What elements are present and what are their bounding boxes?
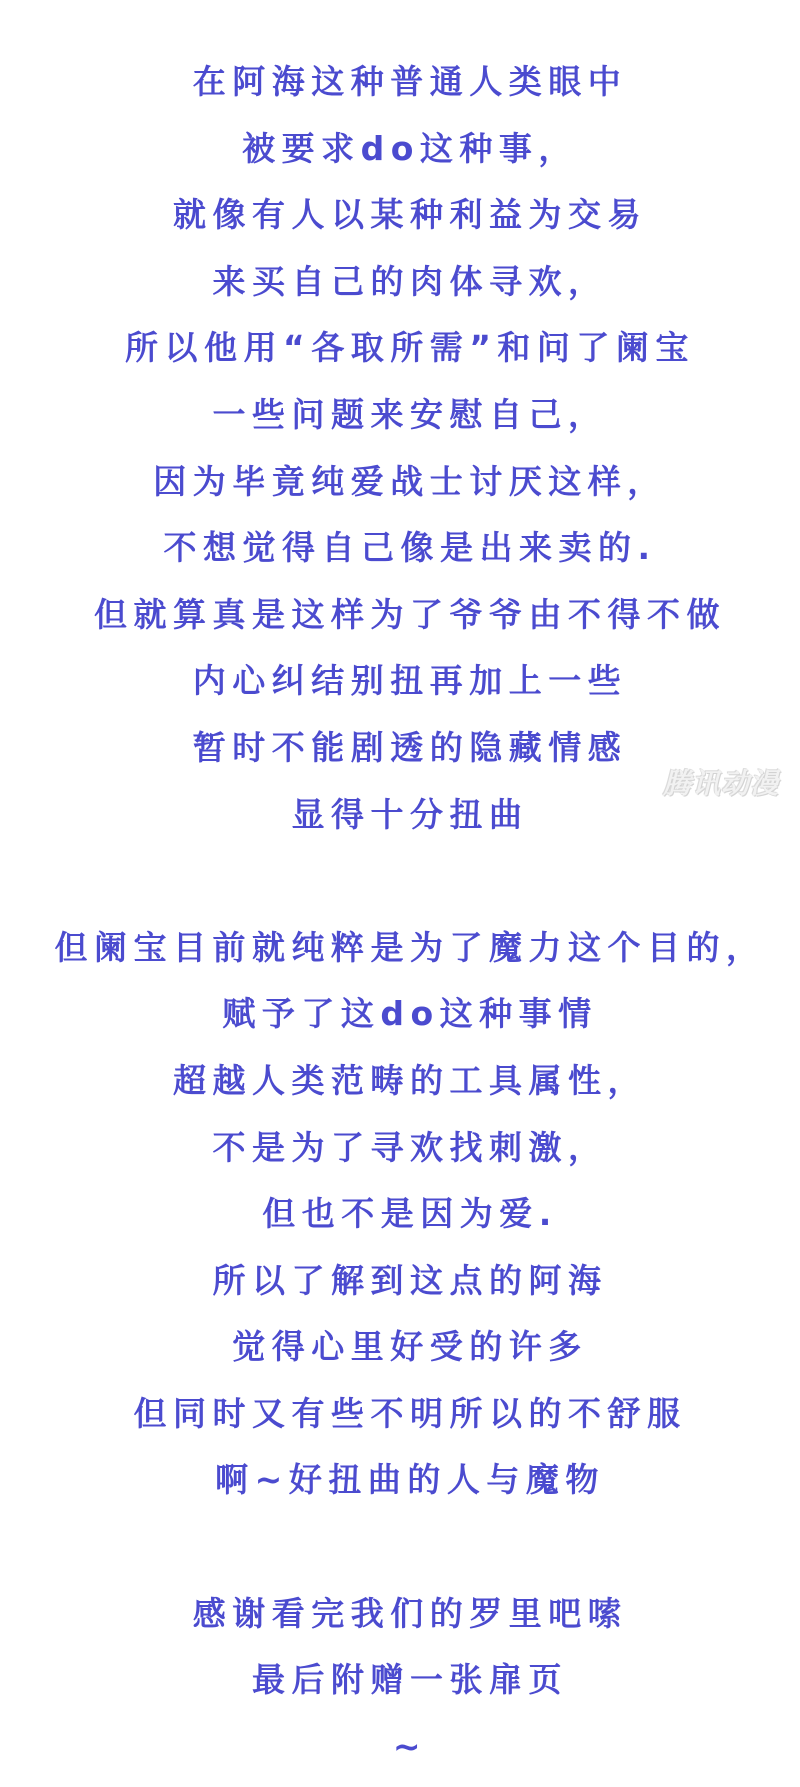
text-line: 但也不是因为爱. — [0, 1181, 800, 1248]
text-line: 因为毕竟纯爱战士讨厌这样， — [0, 449, 800, 516]
paragraph-3: 感谢看完我们的罗里吧嗦 最后附赠一张扉页 ~ — [0, 1581, 800, 1781]
text-line: 感谢看完我们的罗里吧嗦 — [0, 1581, 800, 1648]
text-line: 在阿海这种普通人类眼中 — [0, 49, 800, 116]
text-line: 但同时又有些不明所以的不舒服 — [0, 1381, 800, 1448]
text-line: 但阑宝目前就纯粹是为了魔力这个目的， — [0, 915, 800, 982]
text-line: 一些问题来安慰自己， — [0, 382, 800, 449]
text-line: 超越人类范畴的工具属性， — [0, 1048, 800, 1115]
text-line: 被要求do这种事， — [0, 116, 800, 183]
text-line: 不想觉得自己像是出来卖的. — [0, 515, 800, 582]
text-line: 所以他用“各取所需”和问了阑宝 — [0, 315, 800, 382]
text-line: ~ — [0, 1714, 800, 1781]
text-line: 但就算真是这样为了爷爷由不得不做 — [0, 582, 800, 649]
text-line: 就像有人以某种利益为交易 — [0, 182, 800, 249]
paragraph-spacer — [0, 848, 800, 915]
text-line: 来买自己的肉体寻欢， — [0, 249, 800, 316]
watermark-logo: 腾讯动漫 — [663, 766, 789, 802]
text-line: 最后附赠一张扉页 — [0, 1647, 800, 1714]
text-line: 不是为了寻欢找刺激， — [0, 1115, 800, 1182]
text-line: 内心纠结别扭再加上一些 — [0, 648, 800, 715]
text-line: 啊~好扭曲的人与魔物 — [0, 1447, 800, 1514]
paragraph-spacer — [0, 1514, 800, 1581]
paragraph-1: 在阿海这种普通人类眼中 被要求do这种事， 就像有人以某种利益为交易 来买自己的… — [0, 49, 800, 848]
text-line: 赋予了这do这种事情 — [0, 981, 800, 1048]
text-line: 觉得心里好受的许多 — [0, 1314, 800, 1381]
text-line: 所以了解到这点的阿海 — [0, 1248, 800, 1315]
author-note-text: 在阿海这种普通人类眼中 被要求do这种事， 就像有人以某种利益为交易 来买自己的… — [0, 49, 800, 1780]
paragraph-2: 但阑宝目前就纯粹是为了魔力这个目的， 赋予了这do这种事情 超越人类范畴的工具属… — [0, 915, 800, 1514]
